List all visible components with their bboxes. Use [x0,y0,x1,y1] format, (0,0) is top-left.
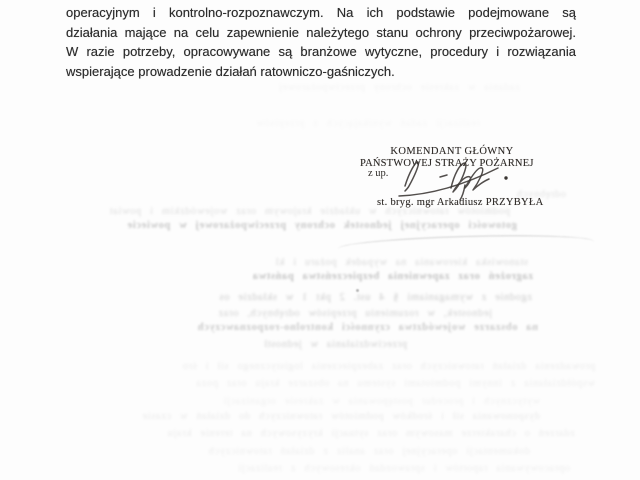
bleedthrough-line: odrębnych oraz [512,189,566,202]
bleedthrough-line: gotowości operacyjnej jednostek ochrony … [92,220,517,233]
bleedthrough-line: na obszarze województwa czynności kontro… [170,322,538,335]
paragraph-line-2: działania mające na celu zapewnienie nal… [66,23,576,43]
bleedthrough-line: stanowiska kierowania na wypadek pożaru … [88,257,528,270]
bleedthrough-line: współdziałania z innymi podmiotami syste… [95,378,595,391]
bleedthrough-line: dysponowania sił i środków podmiotów rat… [100,411,540,424]
scanned-document-page: operacyjnym i kontrolno-rozpoznawczym. N… [0,0,640,480]
bleedthrough-line: opracowywania raportów i sprawozdań okre… [150,463,570,476]
bleedthrough-line: podmiotów ratowniczych w układzie krajow… [110,206,510,219]
body-paragraph: operacyjnym i kontrolno-rozpoznawczym. N… [66,3,576,81]
bleedthrough-line: przeciwdziałania w jednostkach [265,339,407,352]
bleedthrough-line: zadania w zakresie ochrony przeciwpożaro… [140,82,520,95]
bleedthrough-line: zdarzeń o charakterze masowym oraz sytua… [115,428,575,441]
bleedthrough-line: zagrożeń oraz zapewnienia bezpieczeństwa… [118,271,533,284]
bleedthrough-line: zgodnie z wymaganiami § 4 ust. 2 pkt 1 w… [137,292,532,305]
paragraph-line-4: wspierające prowadzenie działań ratownic… [66,62,576,82]
bleedthrough-line: prowadzenia działań ratowniczych oraz za… [85,361,595,374]
on-behalf-label: z up. [368,168,388,179]
bleedthrough-line: wytycznych i procedur postępowania w zak… [140,396,540,409]
handwritten-signature-icon [394,155,514,201]
bleedthrough-line: realizacji zadań wynikających z przepisó… [180,118,480,131]
paragraph-line-3: W razie potrzeby, opracowywane są branżo… [66,42,576,62]
paragraph-line-1: operacyjnym i kontrolno-rozpoznawczym. N… [66,3,576,23]
bleedthrough-streak [338,232,594,248]
bleedthrough-line: jednostek, w rozumieniu przepisów odrębn… [157,308,492,321]
bleedthrough-line: dokumentacji operacyjnej oraz analiz z d… [130,446,530,459]
